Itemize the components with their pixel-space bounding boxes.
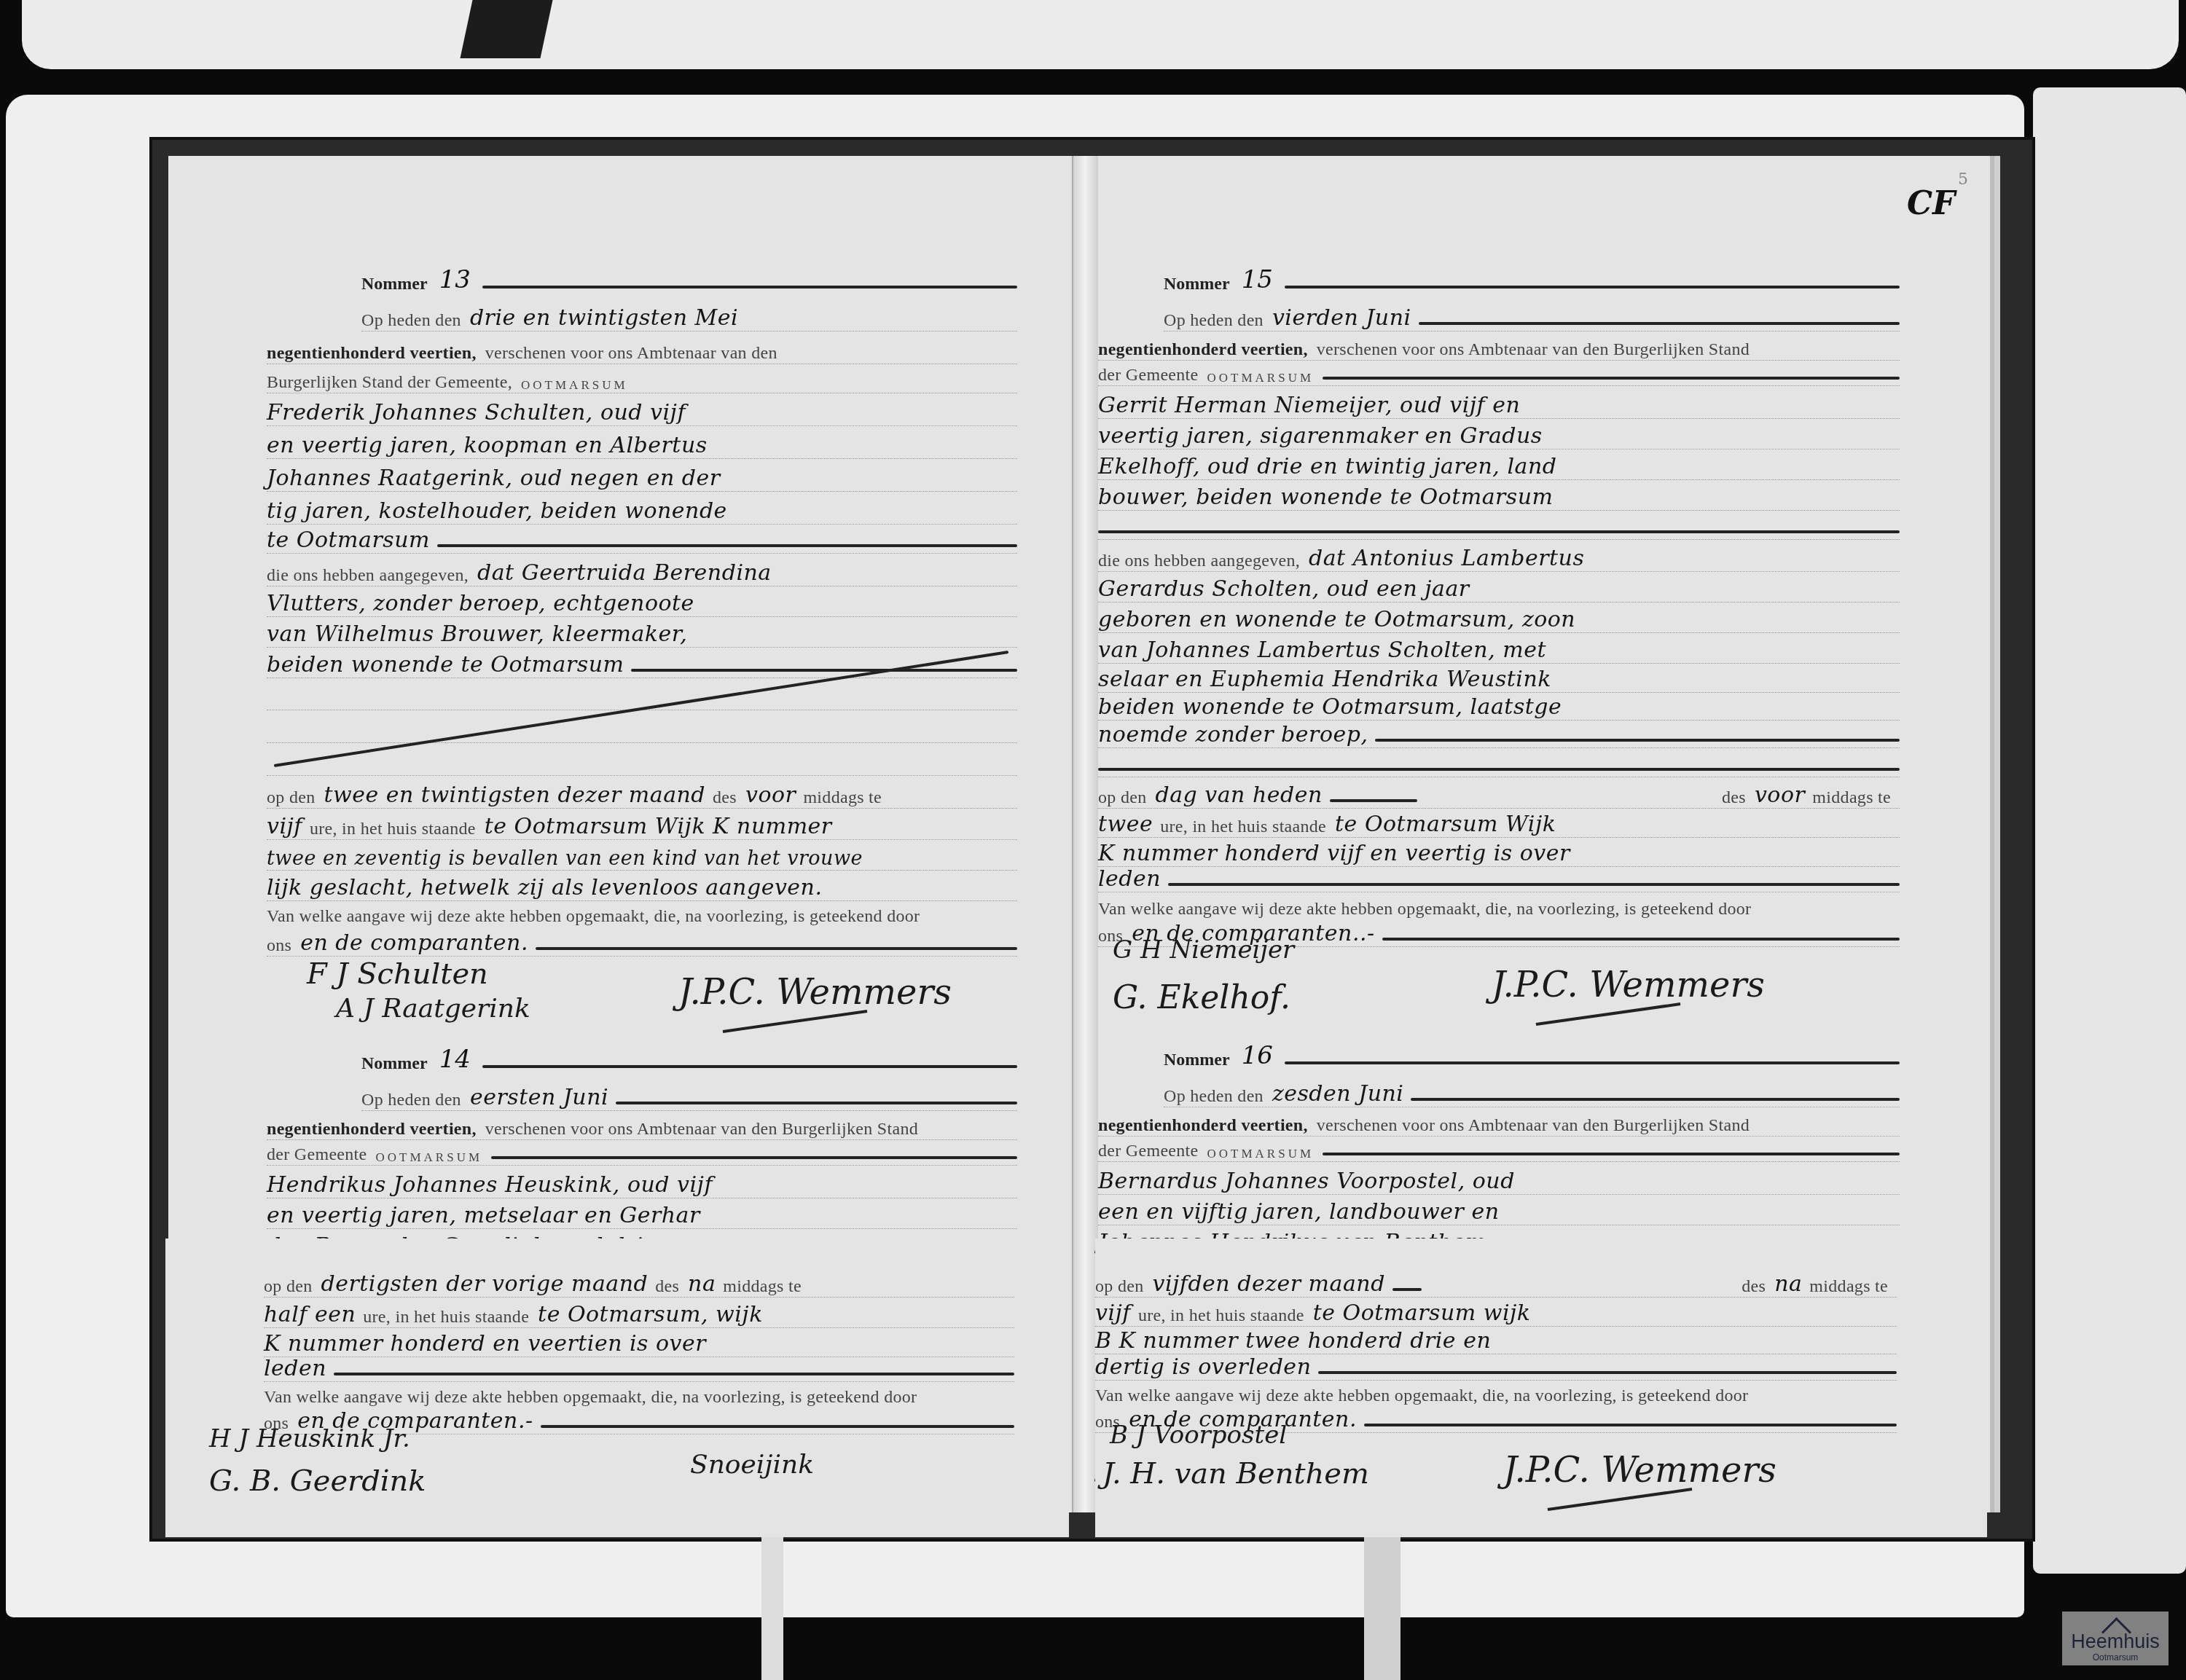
handwritten-text: dat Antonius Lambertus: [1309, 546, 1584, 571]
closing-line: ons en de comparanten.: [267, 927, 1017, 957]
nummer-label: Nommer: [361, 1054, 428, 1074]
fill-line: [491, 1156, 1017, 1159]
declaration-line: noemde zonder beroep,: [1098, 718, 1900, 748]
date-line: Op heden den eersten Juni: [361, 1081, 1017, 1111]
printed-text: middags te: [1809, 1277, 1888, 1297]
record-number: 16: [1242, 1041, 1273, 1070]
handwritten-text: half een: [264, 1302, 356, 1327]
handwritten-text: een en vijftig jaren, landbouwer en: [1098, 1199, 1499, 1225]
appearant-line: en veertig jaren, koopman en Albertus: [267, 429, 1017, 459]
nummer-label: Nommer: [361, 275, 428, 294]
signature: G H Niemeijer: [1113, 935, 1294, 965]
handwritten-text: te Ootmarsum Wijk: [1335, 812, 1556, 837]
handwritten-text: Gerardus Scholten, oud een jaar: [1098, 576, 1470, 602]
place-line: leden: [264, 1352, 1014, 1382]
handwritten-text: na: [1774, 1271, 1802, 1297]
printed-text: verschenen voor ons Ambtenaar van den: [485, 344, 777, 364]
printed-text: ure, in het huis staande: [310, 820, 476, 839]
municipality-line: Burgerlijken Stand der Gemeente, OOTMARS…: [267, 364, 1017, 393]
printed-text: ure, in het huis staande: [1160, 817, 1326, 837]
declaration-line: die ons hebben aangegeven, dat Geertruid…: [267, 557, 1017, 586]
fill-line: [1318, 1371, 1897, 1374]
handwritten-text: te Ootmarsum: [267, 527, 430, 553]
municipality-name: OOTMARSUM: [1207, 1147, 1315, 1161]
fill-line: [616, 1102, 1017, 1104]
printed-text: der Gemeente: [267, 1145, 367, 1165]
appearant-line: en veertig jaren, metselaar en Gerhar: [267, 1199, 1017, 1229]
printed-text: op den: [1098, 788, 1146, 808]
handwritten-text: veertig jaren, sigarenmaker en Gradus: [1098, 423, 1543, 449]
place-line: twee ure, in het huis staande te Ootmars…: [1098, 808, 1900, 838]
printed-text: Op heden den: [1164, 1087, 1264, 1107]
place-line: vijf ure, in het huis staande te Ootmars…: [267, 810, 1017, 840]
printed-text: op den: [1095, 1277, 1143, 1297]
handwritten-text: dertig is overleden: [1095, 1354, 1311, 1380]
printed-text: Op heden den: [361, 1091, 461, 1110]
date-line: Op heden den zesden Juni: [1164, 1078, 1900, 1107]
handwritten-text: en veertig jaren, metselaar en Gerhar: [267, 1203, 700, 1228]
handwritten-text: vijf: [267, 814, 302, 839]
nummer-label: Nommer: [1164, 275, 1230, 294]
record-number-line: Nommer 16: [1164, 1041, 1900, 1070]
when-line: op den vijfden dezer maand des na middag…: [1095, 1268, 1897, 1298]
handwritten-text: vijf: [1095, 1300, 1131, 1326]
handwritten-text: geboren en wonende te Ootmarsum, zoon: [1098, 607, 1575, 632]
date-line: Op heden den drie en twintigsten Mei: [361, 302, 1017, 331]
declaration-line: die ons hebben aangegeven, dat Antonius …: [1098, 542, 1900, 572]
handwritten-text: twee en zeventig is bevallen van een kin…: [267, 847, 863, 870]
appearant-line: tig jaren, kostelhouder, beiden wonende: [267, 495, 1017, 525]
fill-line: [482, 286, 1017, 288]
declaration-line: beiden wonende te Ootmarsum, laatstge: [1098, 691, 1900, 721]
handwritten-text: voor: [1755, 782, 1805, 808]
appearant-line: te Ootmarsum: [267, 524, 1017, 554]
background-top-sheet: [22, 0, 2179, 69]
handwritten-text: tig jaren, kostelhouder, beiden wonende: [267, 498, 727, 524]
printed-text: op den: [264, 1277, 312, 1297]
printed-text: der Gemeente: [1098, 366, 1199, 385]
printed-year: negentienhonderd veertien,: [267, 344, 477, 364]
handwritten-text: te Ootmarsum Wijk K nummer: [485, 814, 832, 839]
handwritten-text: lijk geslacht, hetwelk zij als levenloos…: [267, 875, 822, 900]
place-line: twee en zeventig is bevallen van een kin…: [267, 841, 1017, 871]
appearant-line: Frederik Johannes Schulten, oud vijf: [267, 396, 1017, 426]
handwritten-text: bouwer, beiden wonende te Ootmarsum: [1098, 484, 1554, 510]
when-line: op den dertigsten der vorige maand des n…: [264, 1268, 1014, 1298]
printed-text: ure, in het huis staande: [1138, 1306, 1304, 1326]
printed-text: des: [1742, 1277, 1766, 1297]
place-line: lijk geslacht, hetwelk zij als levenloos…: [267, 871, 1017, 901]
signature: G. Ekelhof.: [1113, 979, 1290, 1016]
official-signature: J.P.C. Wemmers: [1492, 965, 1765, 1005]
official-signature: J.P.C. Wemmers: [1503, 1450, 1776, 1491]
book-gutter: [1072, 156, 1098, 1512]
closing-printed: Van welke aangave wij deze akte hebben o…: [264, 1378, 1014, 1408]
fill-line: [1098, 530, 1900, 533]
printed-text: ure, in het huis staande: [363, 1308, 529, 1327]
fill-line: [1285, 286, 1900, 288]
fill-line: [437, 544, 1017, 547]
fill-line: [1098, 768, 1900, 771]
fill-line: [1382, 938, 1900, 941]
handwritten-text: te Ootmarsum wijk: [1313, 1300, 1531, 1326]
printed-text: des: [1722, 788, 1746, 808]
handwritten-text: Bernardus Johannes Voorpostel, oud: [1098, 1169, 1515, 1194]
municipality-line: der Gemeente OOTMARSUM: [1098, 356, 1900, 386]
appearant-line: een en vijftig jaren, landbouwer en: [1098, 1196, 1900, 1225]
fill-line: [1285, 1061, 1900, 1064]
handwritten-text: Ekelhoff, oud drie en twintig jaren, lan…: [1098, 454, 1556, 479]
signature: G. B. Geerdink: [209, 1464, 426, 1498]
printed-text: middags te: [723, 1277, 802, 1297]
record-date: vierden Juni: [1272, 305, 1411, 331]
place-line: leden: [1098, 863, 1900, 892]
printed-text: der Gemeente: [1098, 1142, 1199, 1161]
when-line: op den twee en twintigsten dezer maand d…: [267, 779, 1017, 809]
printed-text: des: [713, 788, 737, 808]
signature: J. H. van Benthem: [1102, 1457, 1369, 1491]
declaration-line: Vlutters, zonder beroep, echtgenoote: [267, 587, 1017, 617]
blank-line: [1098, 747, 1900, 777]
municipality-name: OOTMARSUM: [1207, 371, 1315, 385]
printed-text: ons: [267, 936, 291, 956]
declaration-line: beiden wonende te Ootmarsum: [267, 648, 1017, 678]
handwritten-text: te Ootmarsum, wijk: [538, 1302, 763, 1327]
background-strip: [460, 0, 552, 58]
place-line: dertig is overleden: [1095, 1351, 1897, 1381]
closing-printed: Van welke aangave wij deze akte hebben o…: [1098, 890, 1900, 919]
record-date: zesden Juni: [1272, 1081, 1404, 1107]
heemhuis-watermark: Heemhuis Ootmarsum: [2062, 1612, 2169, 1665]
handwritten-text: van Wilhelmus Brouwer, kleermaker,: [267, 621, 687, 647]
closing-printed: Van welke aangave wij deze akte hebben o…: [1095, 1377, 1897, 1406]
signature: A J Raatgerink: [336, 994, 530, 1024]
printed-text: middags te: [1812, 788, 1891, 808]
record-number: 13: [439, 265, 471, 294]
printed-text: Van welke aangave wij deze akte hebben o…: [267, 907, 920, 927]
archive-mark: CF: [1907, 185, 1955, 222]
handwritten-text: Frederik Johannes Schulten, oud vijf: [267, 400, 686, 425]
handwritten-text: twee: [1098, 812, 1153, 837]
handwritten-text: Vlutters, zonder beroep, echtgenoote: [267, 591, 694, 616]
appearant-line: bouwer, beiden wonende te Ootmarsum: [1098, 481, 1900, 511]
declaration-line: geboren en wonende te Ootmarsum, zoon: [1098, 603, 1900, 633]
when-line: op den dag van heden des voor middags te: [1098, 779, 1900, 809]
fill-line: [631, 669, 1017, 672]
appearant-line: Gerrit Herman Niemeijer, oud vijf en: [1098, 389, 1900, 419]
binding-strip: [761, 1537, 783, 1680]
record-number-line: Nommer 13: [361, 265, 1017, 294]
fill-line: [1323, 1153, 1900, 1155]
fill-line: [482, 1065, 1017, 1068]
binding-strip: [1364, 1537, 1400, 1680]
watermark-name: Heemhuis: [2062, 1630, 2169, 1653]
handwritten-text: en de comparanten.: [300, 930, 528, 956]
printed-text: die ons hebben aangegeven,: [1098, 552, 1300, 571]
handwritten-text: voor: [745, 782, 796, 808]
record-date: drie en twintigsten Mei: [470, 305, 738, 331]
declaration-line: Gerardus Scholten, oud een jaar: [1098, 573, 1900, 602]
fill-line: [1419, 322, 1900, 325]
blank-line: [267, 680, 1017, 710]
handwritten-text: beiden wonende te Ootmarsum, laatstge: [1098, 694, 1562, 720]
place-line: half een ure, in het huis staande te Oot…: [264, 1298, 1014, 1328]
handwritten-text: vijfden dezer maand: [1152, 1271, 1384, 1297]
signature: F J Schulten: [307, 957, 488, 991]
page-number: 5: [1958, 170, 1968, 189]
fill-line: [1330, 799, 1417, 802]
fill-line: [1364, 1424, 1897, 1426]
handwritten-text: beiden wonende te Ootmarsum: [267, 652, 624, 678]
record-number-line: Nommer 14: [361, 1045, 1017, 1074]
fill-line: [1392, 1288, 1422, 1291]
signature: H J Heuskink Jr.: [209, 1424, 410, 1453]
handwritten-text: dag van heden: [1155, 782, 1322, 808]
printed-text: die ons hebben aangegeven,: [267, 566, 469, 586]
handwritten-text: Gerrit Herman Niemeijer, oud vijf en: [1098, 393, 1520, 418]
municipality-name: OOTMARSUM: [376, 1150, 483, 1165]
handwritten-text: leden: [1098, 866, 1161, 892]
fill-line: [536, 947, 1017, 950]
declaration-line: van Johannes Lambertus Scholten, met: [1098, 634, 1900, 664]
blank-line: [267, 713, 1017, 743]
appearant-line: veertig jaren, sigarenmaker en Gradus: [1098, 420, 1900, 450]
mounting-board-edge: [2033, 87, 2186, 1574]
handwritten-text: Johannes Raatgerink, oud negen en der: [267, 466, 721, 491]
declaration-line: selaar en Euphemia Hendrika Weustink: [1098, 663, 1900, 693]
printed-text: des: [655, 1277, 679, 1297]
closing-printed: Van welke aangave wij deze akte hebben o…: [267, 898, 1017, 927]
printed-text: Van welke aangave wij deze akte hebben o…: [1098, 900, 1751, 919]
place-line: vijf ure, in het huis staande te Ootmars…: [1095, 1297, 1897, 1327]
municipality-line: der Gemeente OOTMARSUM: [267, 1136, 1017, 1166]
nummer-label: Nommer: [1164, 1051, 1230, 1070]
year-line: negentienhonderd veertien, verschenen vo…: [267, 334, 1017, 364]
handwritten-text: B K nummer twee honderd drie en: [1095, 1328, 1491, 1354]
fill-line: [1375, 739, 1900, 742]
official-signature: J.P.C. Wemmers: [678, 972, 952, 1013]
official-signature: Snoeijink: [690, 1450, 814, 1480]
fill-line: [541, 1425, 1014, 1428]
record-16-continuation: op den vijfden dezer maand des na middag…: [1095, 1239, 1987, 1537]
appearant-line: Ekelhoff, oud drie en twintig jaren, lan…: [1098, 450, 1900, 480]
handwritten-text: van Johannes Lambertus Scholten, met: [1098, 637, 1546, 663]
watermark-subtitle: Ootmarsum: [2062, 1652, 2169, 1663]
declaration-line: van Wilhelmus Brouwer, kleermaker,: [267, 618, 1017, 648]
handwritten-text: en veertig jaren, koopman en Albertus: [267, 433, 708, 458]
printed-text: Op heden den: [1164, 311, 1264, 331]
fill-line: [1411, 1098, 1900, 1101]
blank-line: [1098, 510, 1900, 540]
record-14-continuation: op den dertigsten der vorige maand des n…: [165, 1239, 1069, 1537]
date-line: Op heden den vierden Juni: [1164, 302, 1900, 331]
printed-text: middags te: [803, 788, 882, 808]
municipality-name: OOTMARSUM: [521, 378, 628, 393]
signature: B J Voorpostel: [1110, 1421, 1287, 1450]
fill-line: [1168, 883, 1900, 886]
appearant-line: Bernardus Johannes Voorpostel, oud: [1098, 1165, 1900, 1195]
printed-text: Op heden den: [361, 311, 461, 331]
handwritten-text: Hendrikus Johannes Heuskink, oud vijf: [267, 1172, 713, 1198]
handwritten-text: selaar en Euphemia Hendrika Weustink: [1098, 667, 1551, 692]
place-line: B K nummer twee honderd drie en: [1095, 1324, 1897, 1354]
record-number-line: Nommer 15: [1164, 265, 1900, 294]
handwritten-text: dat Geertruida Berendina: [477, 560, 772, 586]
appearant-line: Johannes Raatgerink, oud negen en der: [267, 462, 1017, 492]
printed-text: op den: [267, 788, 315, 808]
fill-line: [334, 1373, 1014, 1375]
handwritten-text: twee en twintigsten dezer maand: [324, 782, 705, 808]
handwritten-text: na: [688, 1271, 716, 1297]
handwritten-text: leden: [264, 1356, 326, 1381]
handwritten-text: noemde zonder beroep,: [1098, 722, 1368, 747]
record-number: 15: [1242, 265, 1273, 294]
record-number: 14: [439, 1045, 471, 1074]
printed-text: Burgerlijken Stand der Gemeente,: [267, 373, 512, 393]
appearant-line: Hendrikus Johannes Heuskink, oud vijf: [267, 1169, 1017, 1198]
record-date: eersten Juni: [470, 1085, 608, 1110]
handwritten-text: dertigsten der vorige maand: [321, 1271, 648, 1297]
municipality-line: der Gemeente OOTMARSUM: [1098, 1132, 1900, 1162]
fill-line: [1323, 377, 1900, 380]
